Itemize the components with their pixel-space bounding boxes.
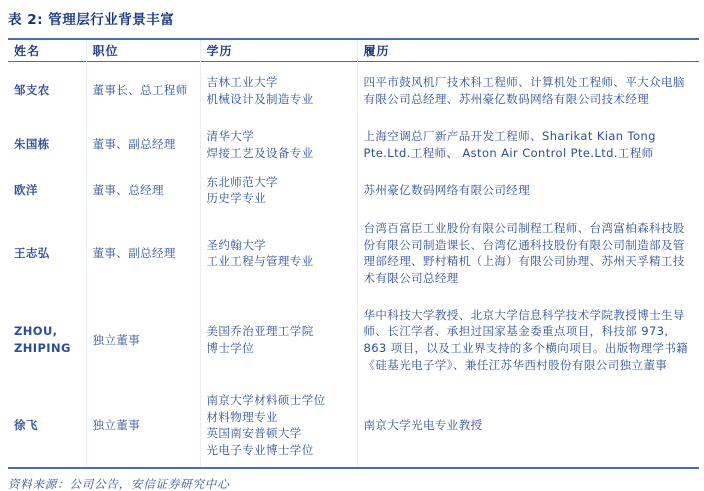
resume-cell: 南京大学光电专业教授 xyxy=(357,384,699,468)
name-cell: 徐飞 xyxy=(8,384,86,468)
research-report-table-page: 表 2: 管理层行业背景丰富 姓名 职位 学历 履历 邹支农 董事长、总工程师 … xyxy=(0,0,704,491)
col-header-resume: 履历 xyxy=(357,39,699,62)
position-cell: 独立董事 xyxy=(86,296,200,384)
table-row: 王志弘 董事、副总经理 圣约翰大学 工业工程与管理专业 台湾百富臣工业股份有限公… xyxy=(8,211,699,296)
education-cell: 吉林工业大学 机械设计及制造专业 xyxy=(200,62,357,120)
header-row: 姓名 职位 学历 履历 xyxy=(8,39,699,62)
col-header-name: 姓名 xyxy=(8,39,86,62)
name-cell: 朱国栋 xyxy=(8,120,86,170)
position-cell: 董事、总经理 xyxy=(86,170,200,211)
name-cell: 王志弘 xyxy=(8,211,86,296)
name-cell: 邹支农 xyxy=(8,62,86,120)
resume-cell: 苏州豪亿数码网络有限公司经理 xyxy=(357,170,699,211)
position-cell: 董事、副总经理 xyxy=(86,211,200,296)
col-header-education: 学历 xyxy=(200,39,357,62)
management-background-table: 姓名 职位 学历 履历 邹支农 董事长、总工程师 吉林工业大学 机械设计及制造专… xyxy=(8,38,699,469)
resume-cell: 四平市鼓风机厂技术科工程师、计算机处工程师、平大众电脑有限公司总经理、苏州豪亿数… xyxy=(357,62,699,120)
position-cell: 董事长、总工程师 xyxy=(86,62,200,120)
table-row: 朱国栋 董事、副总经理 清华大学 焊接工艺及设备专业 上海空调总厂新产品开发工程… xyxy=(8,120,699,170)
table-row: 邹支农 董事长、总工程师 吉林工业大学 机械设计及制造专业 四平市鼓风机厂技术科… xyxy=(8,62,699,120)
source-note: 资料来源：公司公告，安信证券研究中心 xyxy=(8,476,698,491)
name-cell: 欧洋 xyxy=(8,170,86,211)
position-cell: 董事、副总经理 xyxy=(86,120,200,170)
table-title: 表 2: 管理层行业背景丰富 xyxy=(8,8,698,28)
education-cell: 清华大学 焊接工艺及设备专业 xyxy=(200,120,357,170)
table-row: 徐飞 独立董事 南京大学材料硕士学位 材料物理专业 英国南安普顿大学 光电子专业… xyxy=(8,384,699,468)
resume-cell: 华中科技大学教授、北京大学信息科学技术学院教授博士生导师、长江学者、承担过国家基… xyxy=(357,296,699,384)
resume-cell: 上海空调总厂新产品开发工程师、Sharikat Kian Tong Pte.Lt… xyxy=(357,120,699,170)
position-cell: 独立董事 xyxy=(86,384,200,468)
education-cell: 南京大学材料硕士学位 材料物理专业 英国南安普顿大学 光电子专业博士学位 xyxy=(200,384,357,468)
col-header-position: 职位 xyxy=(86,39,200,62)
education-cell: 东北师范大学 历史学专业 xyxy=(200,170,357,211)
resume-cell: 台湾百富臣工业股份有限公司制程工程师、台湾富柏森科技股份有限公司制造课长、台湾亿… xyxy=(357,211,699,296)
table-row: ZHOU, ZHIPING 独立董事 美国乔治亚理工学院 博士学位 华中科技大学… xyxy=(8,296,699,384)
name-cell: ZHOU, ZHIPING xyxy=(8,296,86,384)
table-row: 欧洋 董事、总经理 东北师范大学 历史学专业 苏州豪亿数码网络有限公司经理 xyxy=(8,170,699,211)
education-cell: 圣约翰大学 工业工程与管理专业 xyxy=(200,211,357,296)
education-cell: 美国乔治亚理工学院 博士学位 xyxy=(200,296,357,384)
